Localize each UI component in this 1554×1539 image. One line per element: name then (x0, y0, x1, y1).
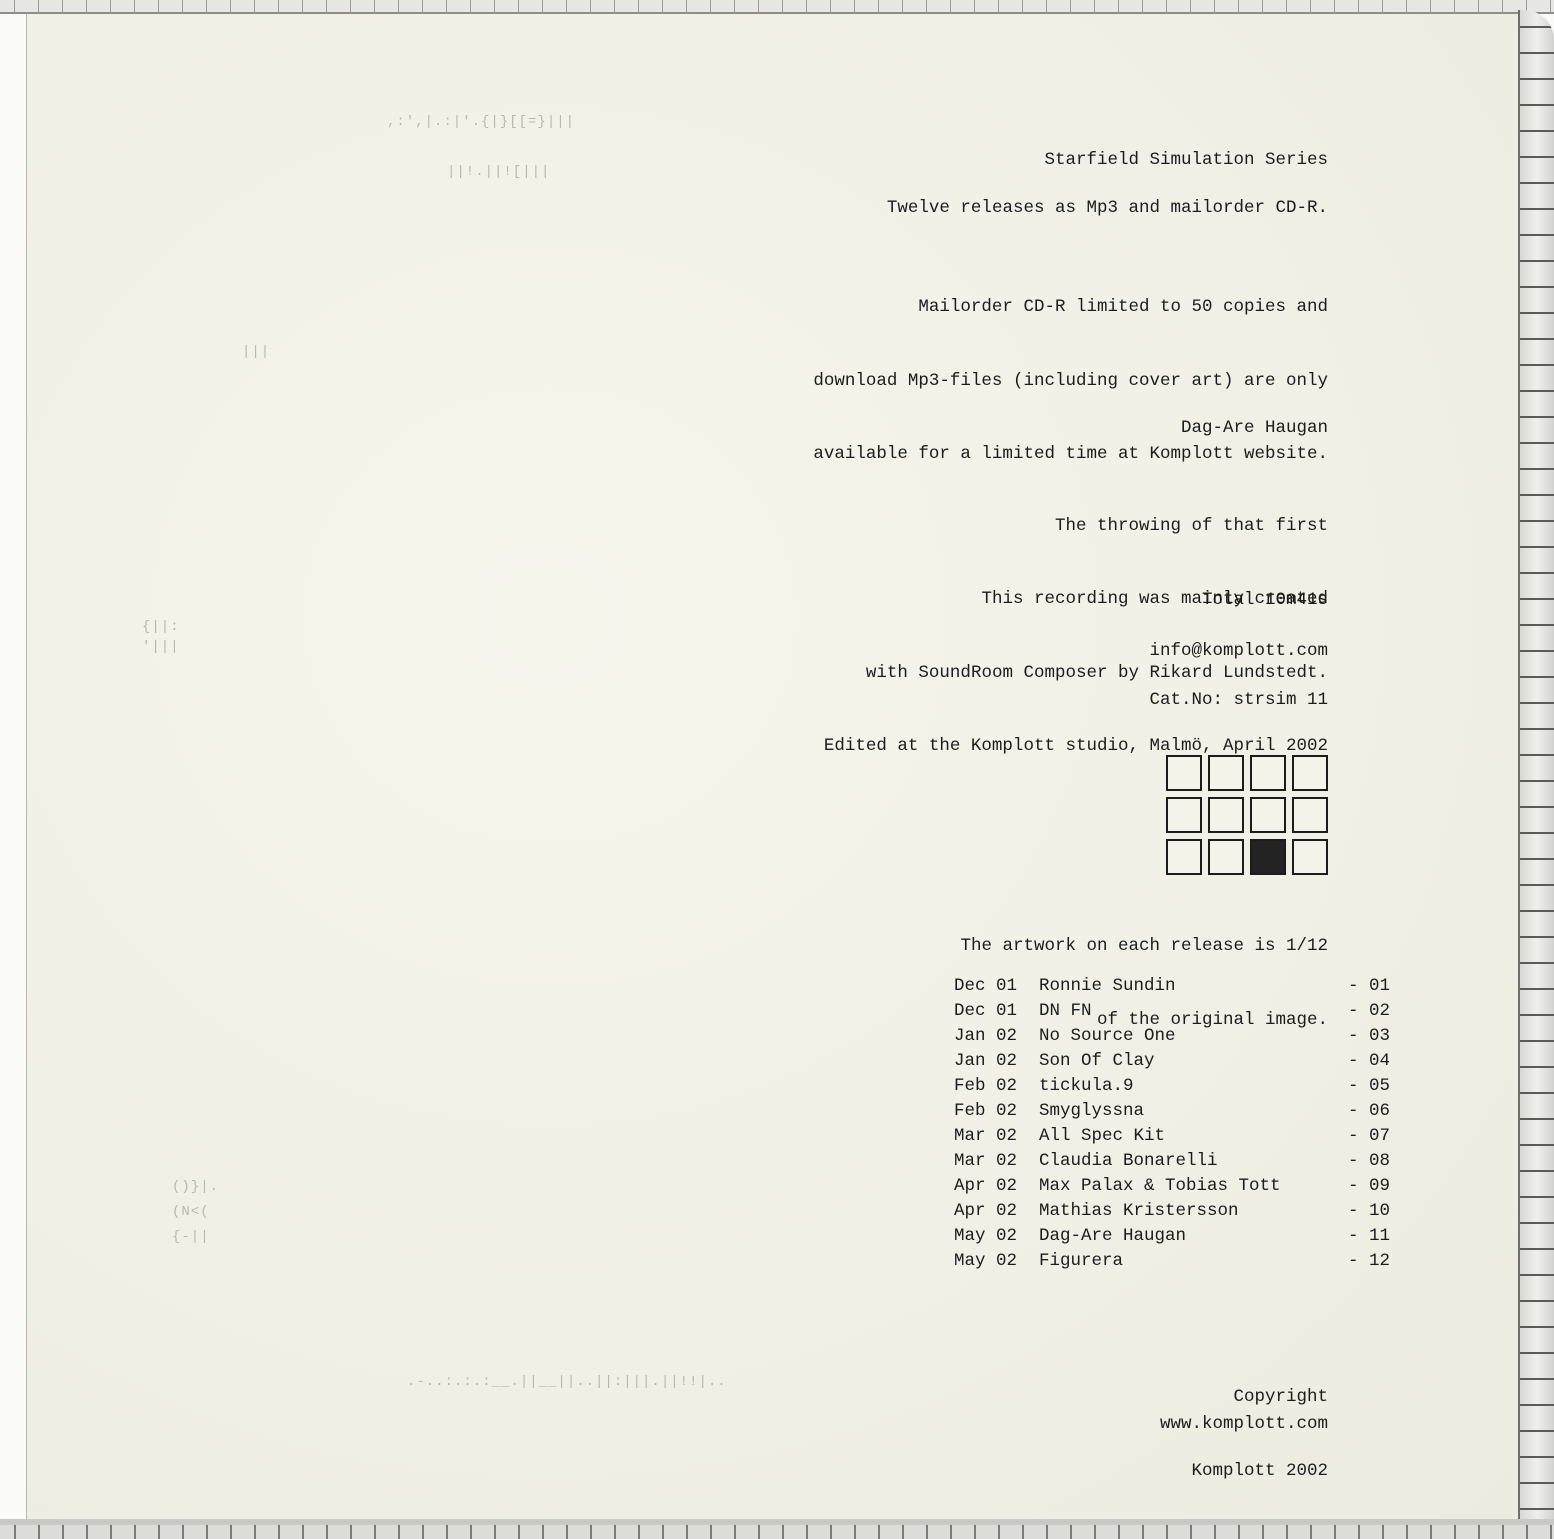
tracklist-row: Apr 02Max Palax & Tobias Tott- 09 (954, 1174, 1390, 1199)
bleed-through-mark: (N<( (172, 1204, 210, 1220)
bleed-through-mark: ()}|. (172, 1179, 219, 1195)
catalog-number: Cat.No: strsim 11 (1149, 688, 1328, 713)
track-date: May 02 (954, 1224, 1039, 1249)
track-artist: Smyglyssna (1039, 1099, 1342, 1124)
track-date: Feb 02 (954, 1099, 1039, 1124)
track-artist: All Spec Kit (1039, 1124, 1342, 1149)
tracklist-row: Jan 02No Source One- 03 (954, 1024, 1390, 1049)
track-artist: Ronnie Sundin (1039, 974, 1342, 999)
track-number: - 07 (1342, 1124, 1390, 1149)
tracklist-row: Mar 02Claudia Bonarelli- 08 (954, 1149, 1390, 1174)
track-artist: Claudia Bonarelli (1039, 1149, 1342, 1174)
artwork-grid-cell (1292, 797, 1328, 833)
artist-name: Dag-Are Haugan (1181, 416, 1328, 441)
track-number: - 05 (1342, 1074, 1390, 1099)
tracklist: Dec 01Ronnie Sundin- 01Dec 01DN FN- 02Ja… (954, 974, 1390, 1274)
track-artist: Mathias Kristersson (1039, 1199, 1342, 1224)
track-date: Jan 02 (954, 1049, 1039, 1074)
copyright-line: Copyright (1191, 1385, 1328, 1410)
bleed-through-mark: {-|| (172, 1229, 210, 1245)
track-number: - 09 (1342, 1174, 1390, 1199)
track-date: Feb 02 (954, 1074, 1039, 1099)
tracklist-row: Dec 01Ronnie Sundin- 01 (954, 974, 1390, 999)
availability-line: Mailorder CD-R limited to 50 copies and (813, 295, 1328, 320)
artwork-grid-cell (1208, 839, 1244, 875)
bleed-through-mark: {||: (142, 619, 180, 635)
track-date: Mar 02 (954, 1124, 1039, 1149)
contact-email: info@komplott.com (1149, 639, 1328, 664)
artwork-grid-icon (1166, 755, 1328, 875)
sleeve-top-edge (0, 0, 1554, 14)
tracklist-row: May 02Figurera- 12 (954, 1249, 1390, 1274)
artwork-grid-cell (1166, 797, 1202, 833)
artwork-grid-cell (1208, 755, 1244, 791)
tracklist-row: Feb 02tickula.9- 05 (954, 1074, 1390, 1099)
plastic-sleeve: ,:',|.:|'.{|}[[=}||| ||!.||![||| ||| {||… (0, 0, 1554, 1539)
series-title: Starfield Simulation Series (1044, 148, 1328, 173)
track-date: May 02 (954, 1249, 1039, 1274)
track-date: Jan 02 (954, 1024, 1039, 1049)
track-number: - 11 (1342, 1224, 1390, 1249)
bleed-through-mark: .-..:.:.:__.||__||..||:|||.||!!|.. (407, 1374, 727, 1390)
artwork-grid-cell (1166, 839, 1202, 875)
credits-line: with SoundRoom Composer by Rikard Lundst… (824, 661, 1328, 686)
tracklist-row: Mar 02All Spec Kit- 07 (954, 1124, 1390, 1149)
track-artist: tickula.9 (1039, 1074, 1342, 1099)
track-number: - 02 (1342, 999, 1390, 1024)
track-number: - 12 (1342, 1249, 1390, 1274)
artwork-grid-cell-current (1250, 839, 1286, 875)
track-date: Dec 01 (954, 974, 1039, 999)
track-number: - 06 (1342, 1099, 1390, 1124)
track-date: Apr 02 (954, 1199, 1039, 1224)
track-date: Apr 02 (954, 1174, 1039, 1199)
availability-line: download Mp3-files (including cover art)… (813, 369, 1328, 394)
track-number: - 10 (1342, 1199, 1390, 1224)
bleed-through-mark: ||| (242, 344, 270, 360)
track-number: - 03 (1342, 1024, 1390, 1049)
artwork-grid-cell (1166, 755, 1202, 791)
copyright-line: Komplott 2002 (1191, 1459, 1328, 1484)
track-artist: No Source One (1039, 1024, 1342, 1049)
tracklist-row: Feb 02Smyglyssna- 06 (954, 1099, 1390, 1124)
bleed-through-mark: '||| (142, 639, 180, 655)
track-artist: DN FN (1039, 999, 1342, 1024)
track-artist: Max Palax & Tobias Tott (1039, 1174, 1342, 1199)
cd-insert-paper: ,:',|.:|'.{|}[[=}||| ||!.||![||| ||| {||… (26, 14, 1521, 1520)
tracklist-row: May 02Dag-Are Haugan- 11 (954, 1224, 1390, 1249)
artwork-grid-cell (1208, 797, 1244, 833)
artwork-grid-cell (1250, 797, 1286, 833)
availability-line: available for a limited time at Komplott… (813, 442, 1328, 467)
sleeve-right-edge (1518, 10, 1554, 1527)
track-number: - 08 (1342, 1149, 1390, 1174)
track-number: - 01 (1342, 974, 1390, 999)
website: www.komplott.com (1160, 1412, 1328, 1437)
track-artist: Dag-Are Haugan (1039, 1224, 1342, 1249)
artwork-grid-cell (1292, 755, 1328, 791)
artwork-grid-cell (1292, 839, 1328, 875)
sleeve-bottom-edge (0, 1519, 1554, 1539)
track-date: Mar 02 (954, 1149, 1039, 1174)
track-artist: Figurera (1039, 1249, 1342, 1274)
tracklist-row: Apr 02Mathias Kristersson- 10 (954, 1199, 1390, 1224)
track-number: - 04 (1342, 1049, 1390, 1074)
track-artist: Son Of Clay (1039, 1049, 1342, 1074)
credits-line: This recording was mainly created (824, 587, 1328, 612)
bleed-through-mark: ,:',|.:|'.{|}[[=}||| (387, 114, 575, 130)
track-date: Dec 01 (954, 999, 1039, 1024)
bleed-through-mark: ||!.||![||| (447, 164, 550, 180)
artwork-grid-cell (1250, 755, 1286, 791)
releases-note: Twelve releases as Mp3 and mailorder CD-… (887, 196, 1328, 221)
tracklist-row: Jan 02Son Of Clay- 04 (954, 1049, 1390, 1074)
artwork-note-line: The artwork on each release is 1/12 (960, 934, 1328, 959)
tracklist-row: Dec 01DN FN- 02 (954, 999, 1390, 1024)
release-title-text: The throwing of that first (1055, 514, 1328, 539)
